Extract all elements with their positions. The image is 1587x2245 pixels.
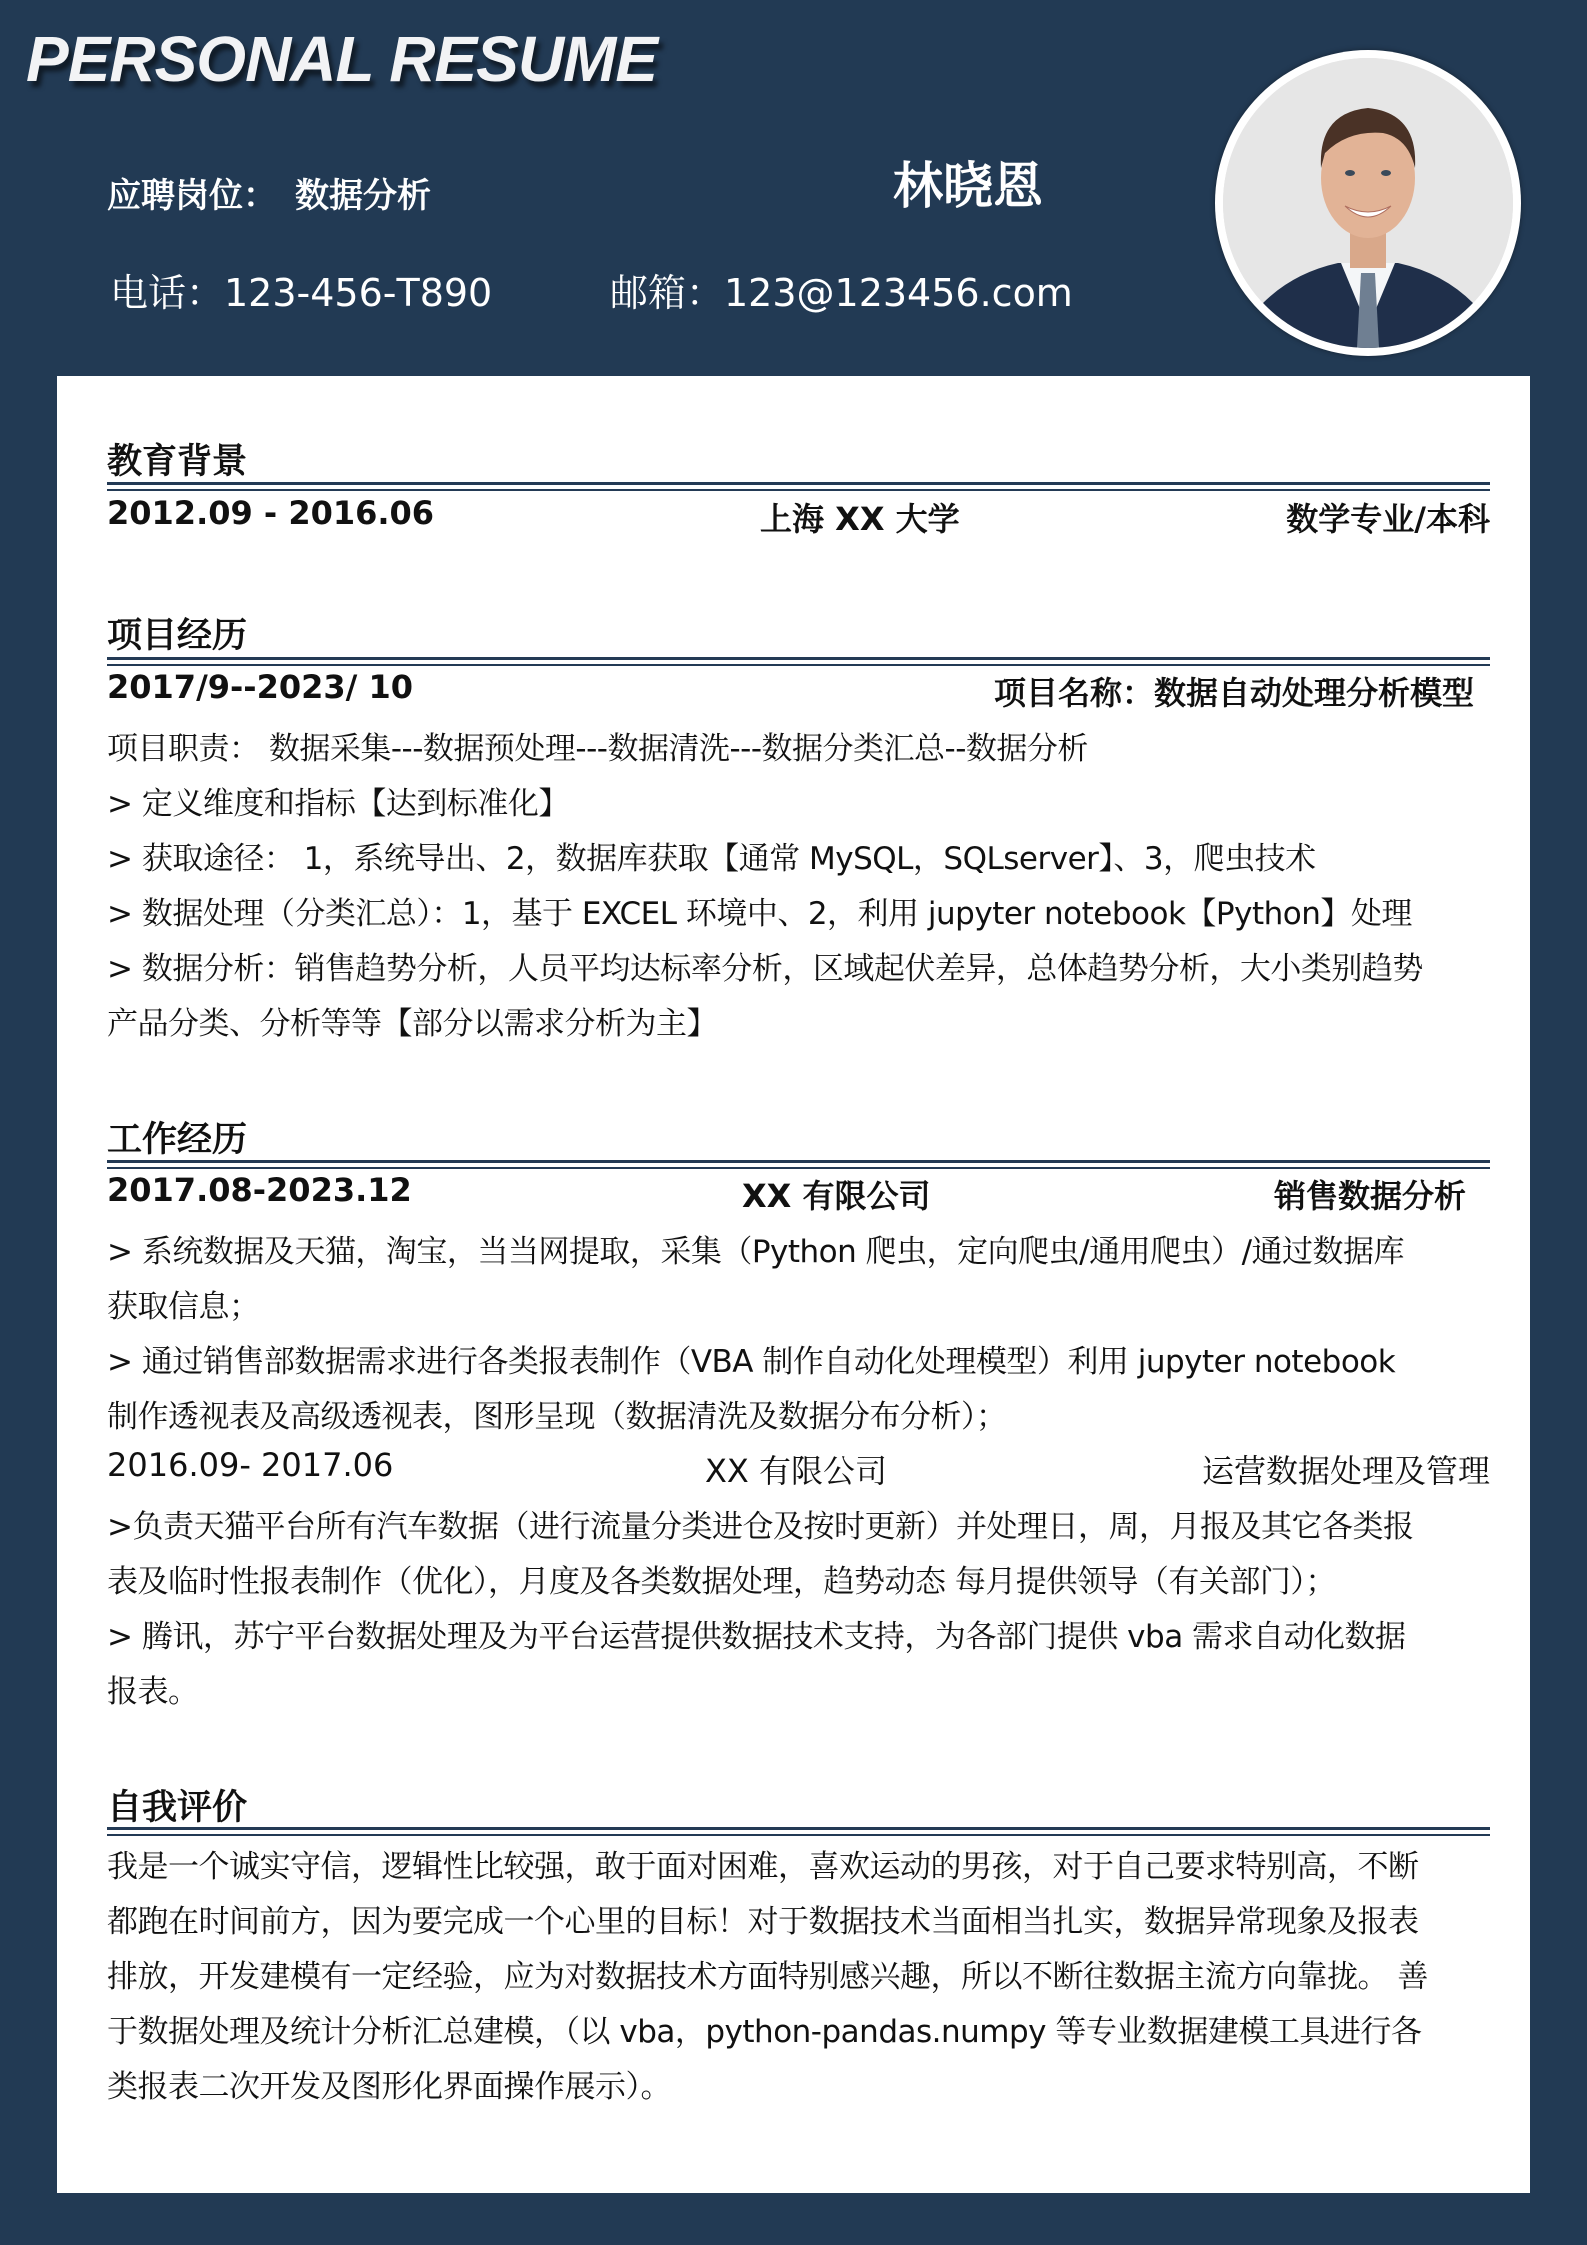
section-divider (107, 1827, 1490, 1836)
education-school: 上海 XX 大学 (760, 494, 960, 540)
work-role: 运营数据处理及管理 (1202, 1446, 1490, 1492)
person-portrait-icon (1223, 58, 1513, 348)
education-major: 数学专业/本科 (1286, 494, 1490, 540)
resume-title: PERSONAL RESUME (26, 22, 657, 96)
work-row: 2017.08-2023.12 XX 有限公司 销售数据分析 (107, 1171, 1490, 1215)
project-line: > 获取途径： 1，系统导出、2，数据库获取【通常 MySQL，SQLserve… (107, 833, 1490, 878)
education-period: 2012.09 - 2016.06 (107, 494, 434, 532)
profile-photo (1223, 58, 1513, 348)
self-eval-line: 排放，开发建模有一定经验，应为对数据技术方面特别感兴趣，所以不断往数据主流方向靠… (107, 1951, 1490, 1996)
section-divider (107, 482, 1490, 491)
project-line: 产品分类、分析等等【部分以需求分析为主】 (107, 998, 1490, 1043)
section-heading-self-evaluation: 自我评价 (107, 1780, 247, 1830)
project-line: > 数据分析：销售趋势分析，人员平均达标率分析，区域起伏差异，总体趋势分析，大小… (107, 943, 1490, 988)
self-eval-line: 我是一个诚实守信，逻辑性比较强，敢于面对困难，喜欢运动的男孩，对于自己要求特别高… (107, 1841, 1490, 1886)
work-line: > 腾讯，苏宁平台数据处理及为平台运营提供数据技术支持，为各部门提供 vba 需… (107, 1611, 1490, 1656)
work-line: 表及临时性报表制作（优化），月度及各类数据处理，趋势动态 每月提供领导（有关部门… (107, 1556, 1490, 1601)
project-line: > 数据处理（分类汇总）：1，基于 EXCEL 环境中、2，利用 jupyter… (107, 888, 1490, 933)
work-line: 制作透视表及高级透视表，图形呈现（数据清洗及数据分布分析）； (107, 1391, 1490, 1436)
applied-position: 应聘岗位：数据分析 (107, 168, 431, 217)
work-line: 获取信息； (107, 1281, 1490, 1326)
project-line: > 定义维度和指标【达到标准化】 (107, 778, 1490, 823)
work-role: 销售数据分析 (1274, 1171, 1466, 1217)
section-divider (107, 657, 1490, 666)
work-company: XX 有限公司 (705, 1446, 887, 1492)
self-eval-line: 于数据处理及统计分析汇总建模，（以 vba，python-pandas.nump… (107, 2006, 1490, 2051)
section-heading-project: 项目经历 (107, 608, 247, 658)
work-company: XX 有限公司 (742, 1171, 931, 1217)
candidate-name: 林晓恩 (893, 146, 1043, 218)
applied-position-label: 应聘岗位： (107, 176, 277, 216)
self-eval-line: 都跑在时间前方，因为要完成一个心里的目标！对于数据技术当面相当扎实，数据异常现象… (107, 1896, 1490, 1941)
section-heading-work: 工作经历 (107, 1112, 247, 1162)
work-period: 2017.08-2023.12 (107, 1171, 412, 1209)
work-line: >负责天猫平台所有汽车数据（进行流量分类进仓及按时更新）并处理日，周，月报及其它… (107, 1501, 1490, 1546)
work-line: 报表。 (107, 1666, 1490, 1711)
resume-body: 教育背景 2012.09 - 2016.06 上海 XX 大学 数学专业/本科 … (57, 376, 1530, 2193)
self-eval-line: 类报表二次开发及图形化界面操作展示）。 (107, 2061, 1490, 2106)
project-period: 2017/9--2023/ 10 (107, 668, 413, 706)
section-heading-education: 教育背景 (107, 434, 247, 484)
applied-position-value: 数据分析 (295, 176, 431, 216)
section-divider (107, 1160, 1490, 1169)
project-name: 项目名称：数据自动处理分析模型 (994, 668, 1474, 714)
work-line: > 系统数据及天猫，淘宝，当当网提取，采集（Python 爬虫，定向爬虫/通用爬… (107, 1226, 1490, 1271)
project-row: 2017/9--2023/ 10 项目名称：数据自动处理分析模型 (107, 668, 1490, 712)
email-address: 邮箱：123@123456.com (610, 262, 1073, 317)
work-period: 2016.09- 2017.06 (107, 1446, 393, 1484)
phone-number: 电话：123-456-T890 (110, 262, 492, 317)
project-line: 项目职责： 数据采集---数据预处理---数据清洗---数据分类汇总--数据分析 (107, 723, 1490, 768)
avatar (1215, 50, 1521, 356)
work-line: > 通过销售部数据需求进行各类报表制作（VBA 制作自动化处理模型）利用 jup… (107, 1336, 1490, 1381)
work-row: 2016.09- 2017.06 XX 有限公司 运营数据处理及管理 (107, 1446, 1490, 1490)
education-row: 2012.09 - 2016.06 上海 XX 大学 数学专业/本科 (107, 494, 1490, 538)
